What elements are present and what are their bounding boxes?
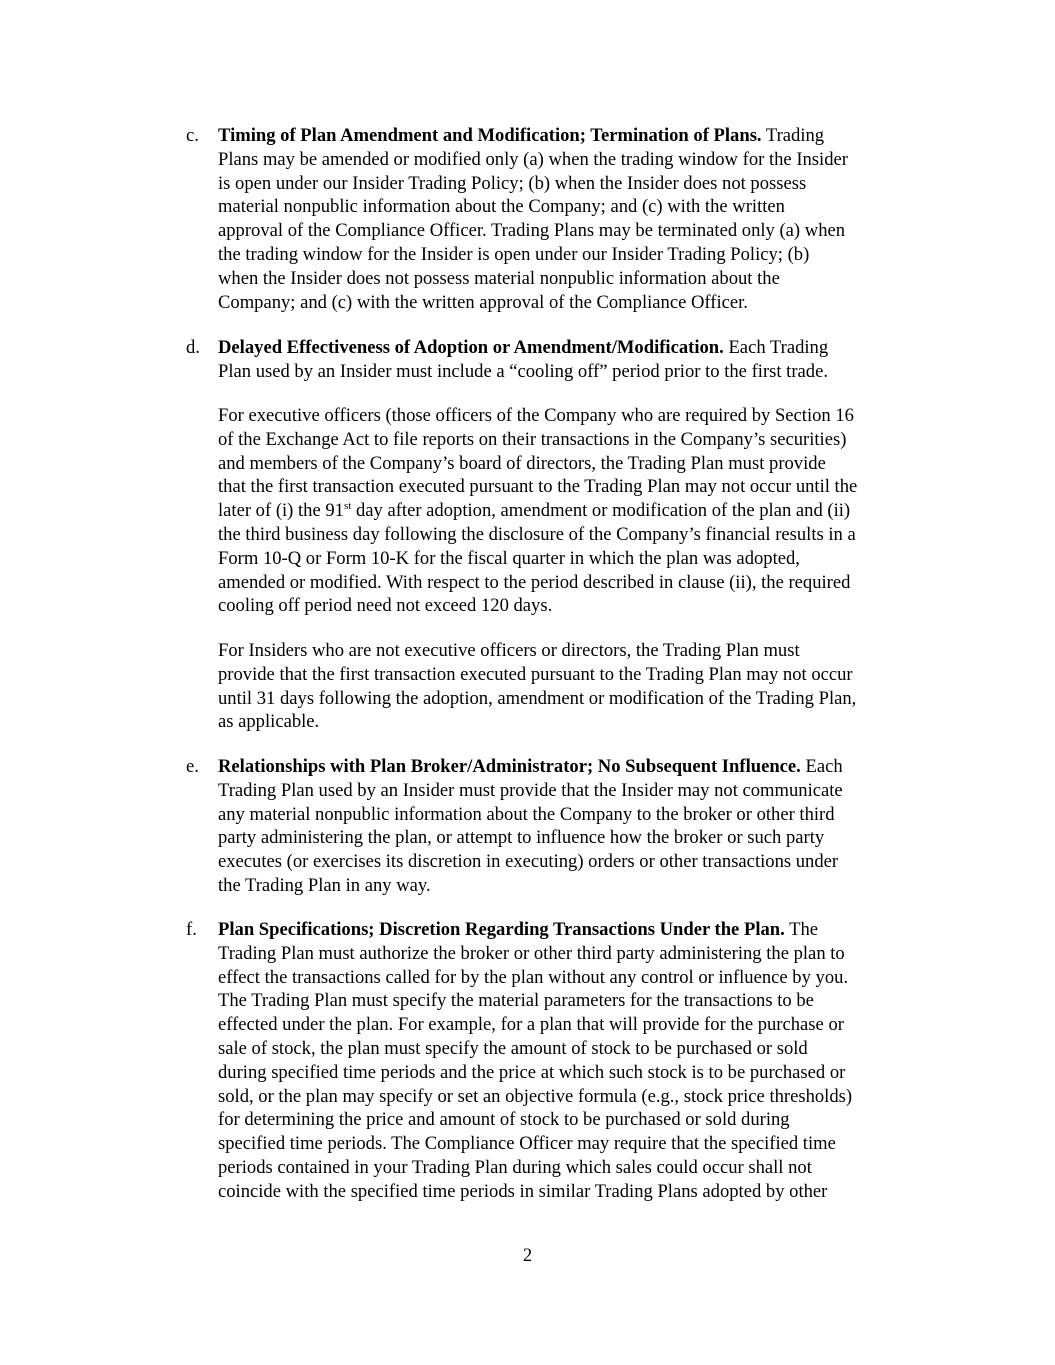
text-line: party administering the plan, or attempt… — [218, 826, 934, 850]
section-heading: Plan Specifications; Discretion Regardin… — [218, 919, 785, 940]
text-line: effect the transactions called for by th… — [218, 966, 934, 990]
text-line: as applicable. — [218, 710, 934, 734]
text-line: Trading — [766, 125, 824, 146]
section-heading: Delayed Effectiveness of Adoption or Ame… — [218, 337, 724, 358]
text-line: Each Trading — [728, 337, 828, 358]
text-line: Company; and (c) with the written approv… — [218, 291, 934, 315]
page-number: 2 — [0, 1244, 1055, 1268]
text-line: of the Exchange Act to file reports on t… — [218, 428, 934, 452]
text-line: any material nonpublic information about… — [218, 803, 934, 827]
text-line: coincide with the specified time periods… — [218, 1180, 934, 1204]
text-line: cooling off period need not exceed 120 d… — [218, 594, 934, 618]
text-line: Form 10-Q or Form 10-K for the fiscal qu… — [218, 547, 934, 571]
text-line: later of (i) the 91 — [218, 500, 344, 521]
text-line: the Trading Plan in any way. — [218, 874, 934, 898]
text-line: approval of the Compliance Officer. Trad… — [218, 219, 934, 243]
section-c: c. Timing of Plan Amendment and Modifica… — [186, 124, 946, 314]
section-marker: f. — [186, 918, 197, 942]
text-line: material nonpublic information about the… — [218, 195, 934, 219]
text-line: The Trading Plan must specify the materi… — [218, 989, 934, 1013]
text-line: sale of stock, the plan must specify the… — [218, 1037, 934, 1061]
section-marker: e. — [186, 755, 199, 779]
text-line: executes (or exercises its discretion in… — [218, 850, 934, 874]
text-line: For Insiders who are not executive offic… — [218, 639, 934, 663]
text-line: amended or modified. With respect to the… — [218, 571, 934, 595]
text-line: effected under the plan. For example, fo… — [218, 1013, 934, 1037]
text-line: is open under our Insider Trading Policy… — [218, 172, 934, 196]
text-line: day after adoption, amendment or modific… — [351, 500, 850, 521]
text-line: for determining the price and amount of … — [218, 1108, 934, 1132]
text-line: specified time periods. The Compliance O… — [218, 1132, 934, 1156]
text-line: when the Insider does not possess materi… — [218, 267, 934, 291]
text-line: during specified time periods and the pr… — [218, 1061, 934, 1085]
section-heading: Relationships with Plan Broker/Administr… — [218, 756, 801, 777]
text-line: Trading Plan used by an Insider must pro… — [218, 779, 934, 803]
section-d-paragraph-executives: For executive officers (those officers o… — [218, 404, 934, 618]
text-line: that the first transaction executed purs… — [218, 475, 934, 499]
document-page: c. Timing of Plan Amendment and Modifica… — [0, 0, 1055, 1365]
text-line: For executive officers (those officers o… — [218, 404, 934, 428]
section-marker: c. — [186, 124, 199, 148]
text-line: until 31 days following the adoption, am… — [218, 687, 934, 711]
section-f: f. Plan Specifications; Discretion Regar… — [186, 918, 946, 1204]
text-line: provide that the first transaction execu… — [218, 663, 934, 687]
text-line: Plans may be amended or modified only (a… — [218, 148, 934, 172]
text-line: and members of the Company’s board of di… — [218, 452, 934, 476]
text-line: the trading window for the Insider is op… — [218, 243, 934, 267]
text-line: periods contained in your Trading Plan d… — [218, 1156, 934, 1180]
section-d: d. Delayed Effectiveness of Adoption or … — [186, 336, 946, 384]
section-marker: d. — [186, 336, 200, 360]
text-line: Plan used by an Insider must include a “… — [218, 360, 934, 384]
text-line: sold, or the plan may specify or set an … — [218, 1085, 934, 1109]
text-line: The — [789, 919, 818, 940]
text-line: Each — [806, 756, 843, 777]
section-d-paragraph-insiders: For Insiders who are not executive offic… — [218, 639, 934, 734]
section-e: e. Relationships with Plan Broker/Admini… — [186, 755, 946, 898]
section-heading: Timing of Plan Amendment and Modificatio… — [218, 125, 762, 146]
text-line: Trading Plan must authorize the broker o… — [218, 942, 934, 966]
text-line: the third business day following the dis… — [218, 523, 934, 547]
